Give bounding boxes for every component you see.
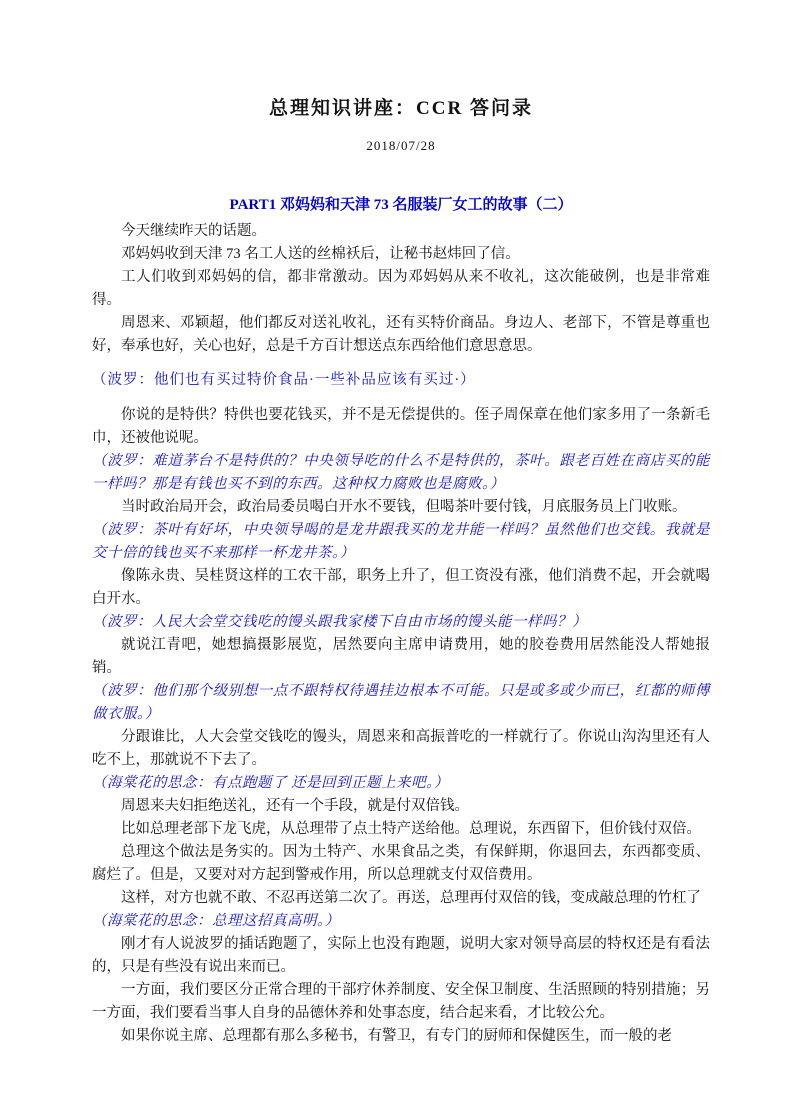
section-heading: PART1 邓妈妈和天津 73 名服装厂女工的故事（二） <box>92 195 710 215</box>
comment-paragraph: （海棠花的思念：总理这招真高明。） <box>92 910 710 933</box>
body-paragraph: 就说江青吧，她想搞摄影展览，居然要向主席申请费用，她的胶卷费用居然能没人帮她报销… <box>92 634 710 680</box>
comment-paragraph: （海棠花的思念：有点跑题了 还是回到正题上来吧。） <box>92 772 710 795</box>
body-paragraph: 今天继续昨天的话题。 <box>92 220 710 243</box>
body-paragraph: 周恩来夫妇拒绝送礼，还有一个手段，就是付双倍钱。 <box>92 795 710 818</box>
body-paragraph: 刚才有人说波罗的插话跑题了，实际上也没有跑题，说明大家对领导高层的特权还是有看法… <box>92 933 710 979</box>
body-paragraph: 你说的是特供？特供也要花钱买，并不是无偿提供的。侄子周保章在他们家多用了一条新毛… <box>92 404 710 450</box>
body-paragraph: 周恩来、邓颖超，他们都反对送礼收礼，还有买特价商品。身边人、老部下，不管是尊重也… <box>92 312 710 358</box>
comment-paragraph: （波罗：他们也有买过特价食品·一些补品应该有买过·） <box>92 369 710 392</box>
paragraphs: 今天继续昨天的话题。邓妈妈收到天津 73 名工人送的丝棉袄后，让秘书赵炜回了信。… <box>92 220 710 1048</box>
comment-paragraph: （波罗：他们那个级别想一点不跟特权待遇挂边根本不可能。只是或多或少而已，红都的师… <box>92 680 710 726</box>
comment-paragraph: （波罗：难道茅台不是特供的？中央领导吃的什么不是特供的，茶叶。跟老百姓在商店买的… <box>92 450 710 496</box>
body-paragraph: 如果你说主席、总理都有那么多秘书，有警卫，有专门的厨师和保健医生，而一般的老 <box>92 1025 710 1048</box>
document-page: 总理知识讲座：CCR 答问录 2018/07/28 PART1 邓妈妈和天津 7… <box>0 0 800 1100</box>
document-date: 2018/07/28 <box>92 137 710 154</box>
body-paragraph: 总理这个做法是务实的。因为土特产、水果食品之类，有保鲜期，你退回去，东西都变质、… <box>92 841 710 887</box>
body-paragraph: 像陈永贵、吴桂贤这样的工农干部，职务上升了，但工资没有涨，他们消费不起，开会就喝… <box>92 565 710 611</box>
comment-paragraph: （波罗：人民大会堂交钱吃的馒头跟我家楼下自由市场的馒头能一样吗？） <box>92 611 710 634</box>
body-paragraph: 工人们收到邓妈妈的信，都非常激动。因为邓妈妈从来不收礼，这次能破例，也是非常难得… <box>92 266 710 312</box>
body-paragraph: 分跟谁比，人大会堂交钱吃的馒头，周恩来和高振普吃的一样就行了。你说山沟沟里还有人… <box>92 726 710 772</box>
page-title: 总理知识讲座：CCR 答问录 <box>92 97 710 121</box>
comment-paragraph: （波罗：茶叶有好坏，中央领导喝的是龙井跟我买的龙井能一样吗？虽然他们也交钱。我就… <box>92 519 710 565</box>
body-paragraph: 这样，对方也就不敢、不忍再送第二次了。再送，总理再付双倍的钱，变成敲总理的竹杠了 <box>92 887 710 910</box>
body-paragraph: 比如总理老部下龙飞虎，从总理带了点土特产送给他。总理说，东西留下，但价钱付双倍。 <box>92 818 710 841</box>
body-paragraph: 当时政治局开会，政治局委员喝白开水不要钱，但喝茶叶要付钱，月底服务员上门收账。 <box>92 496 710 519</box>
body-paragraph: 邓妈妈收到天津 73 名工人送的丝棉袄后，让秘书赵炜回了信。 <box>92 243 710 266</box>
body-paragraph: 一方面，我们要区分正常合理的干部疗休养制度、安全保卫制度、生活照顾的特别措施；另… <box>92 979 710 1025</box>
